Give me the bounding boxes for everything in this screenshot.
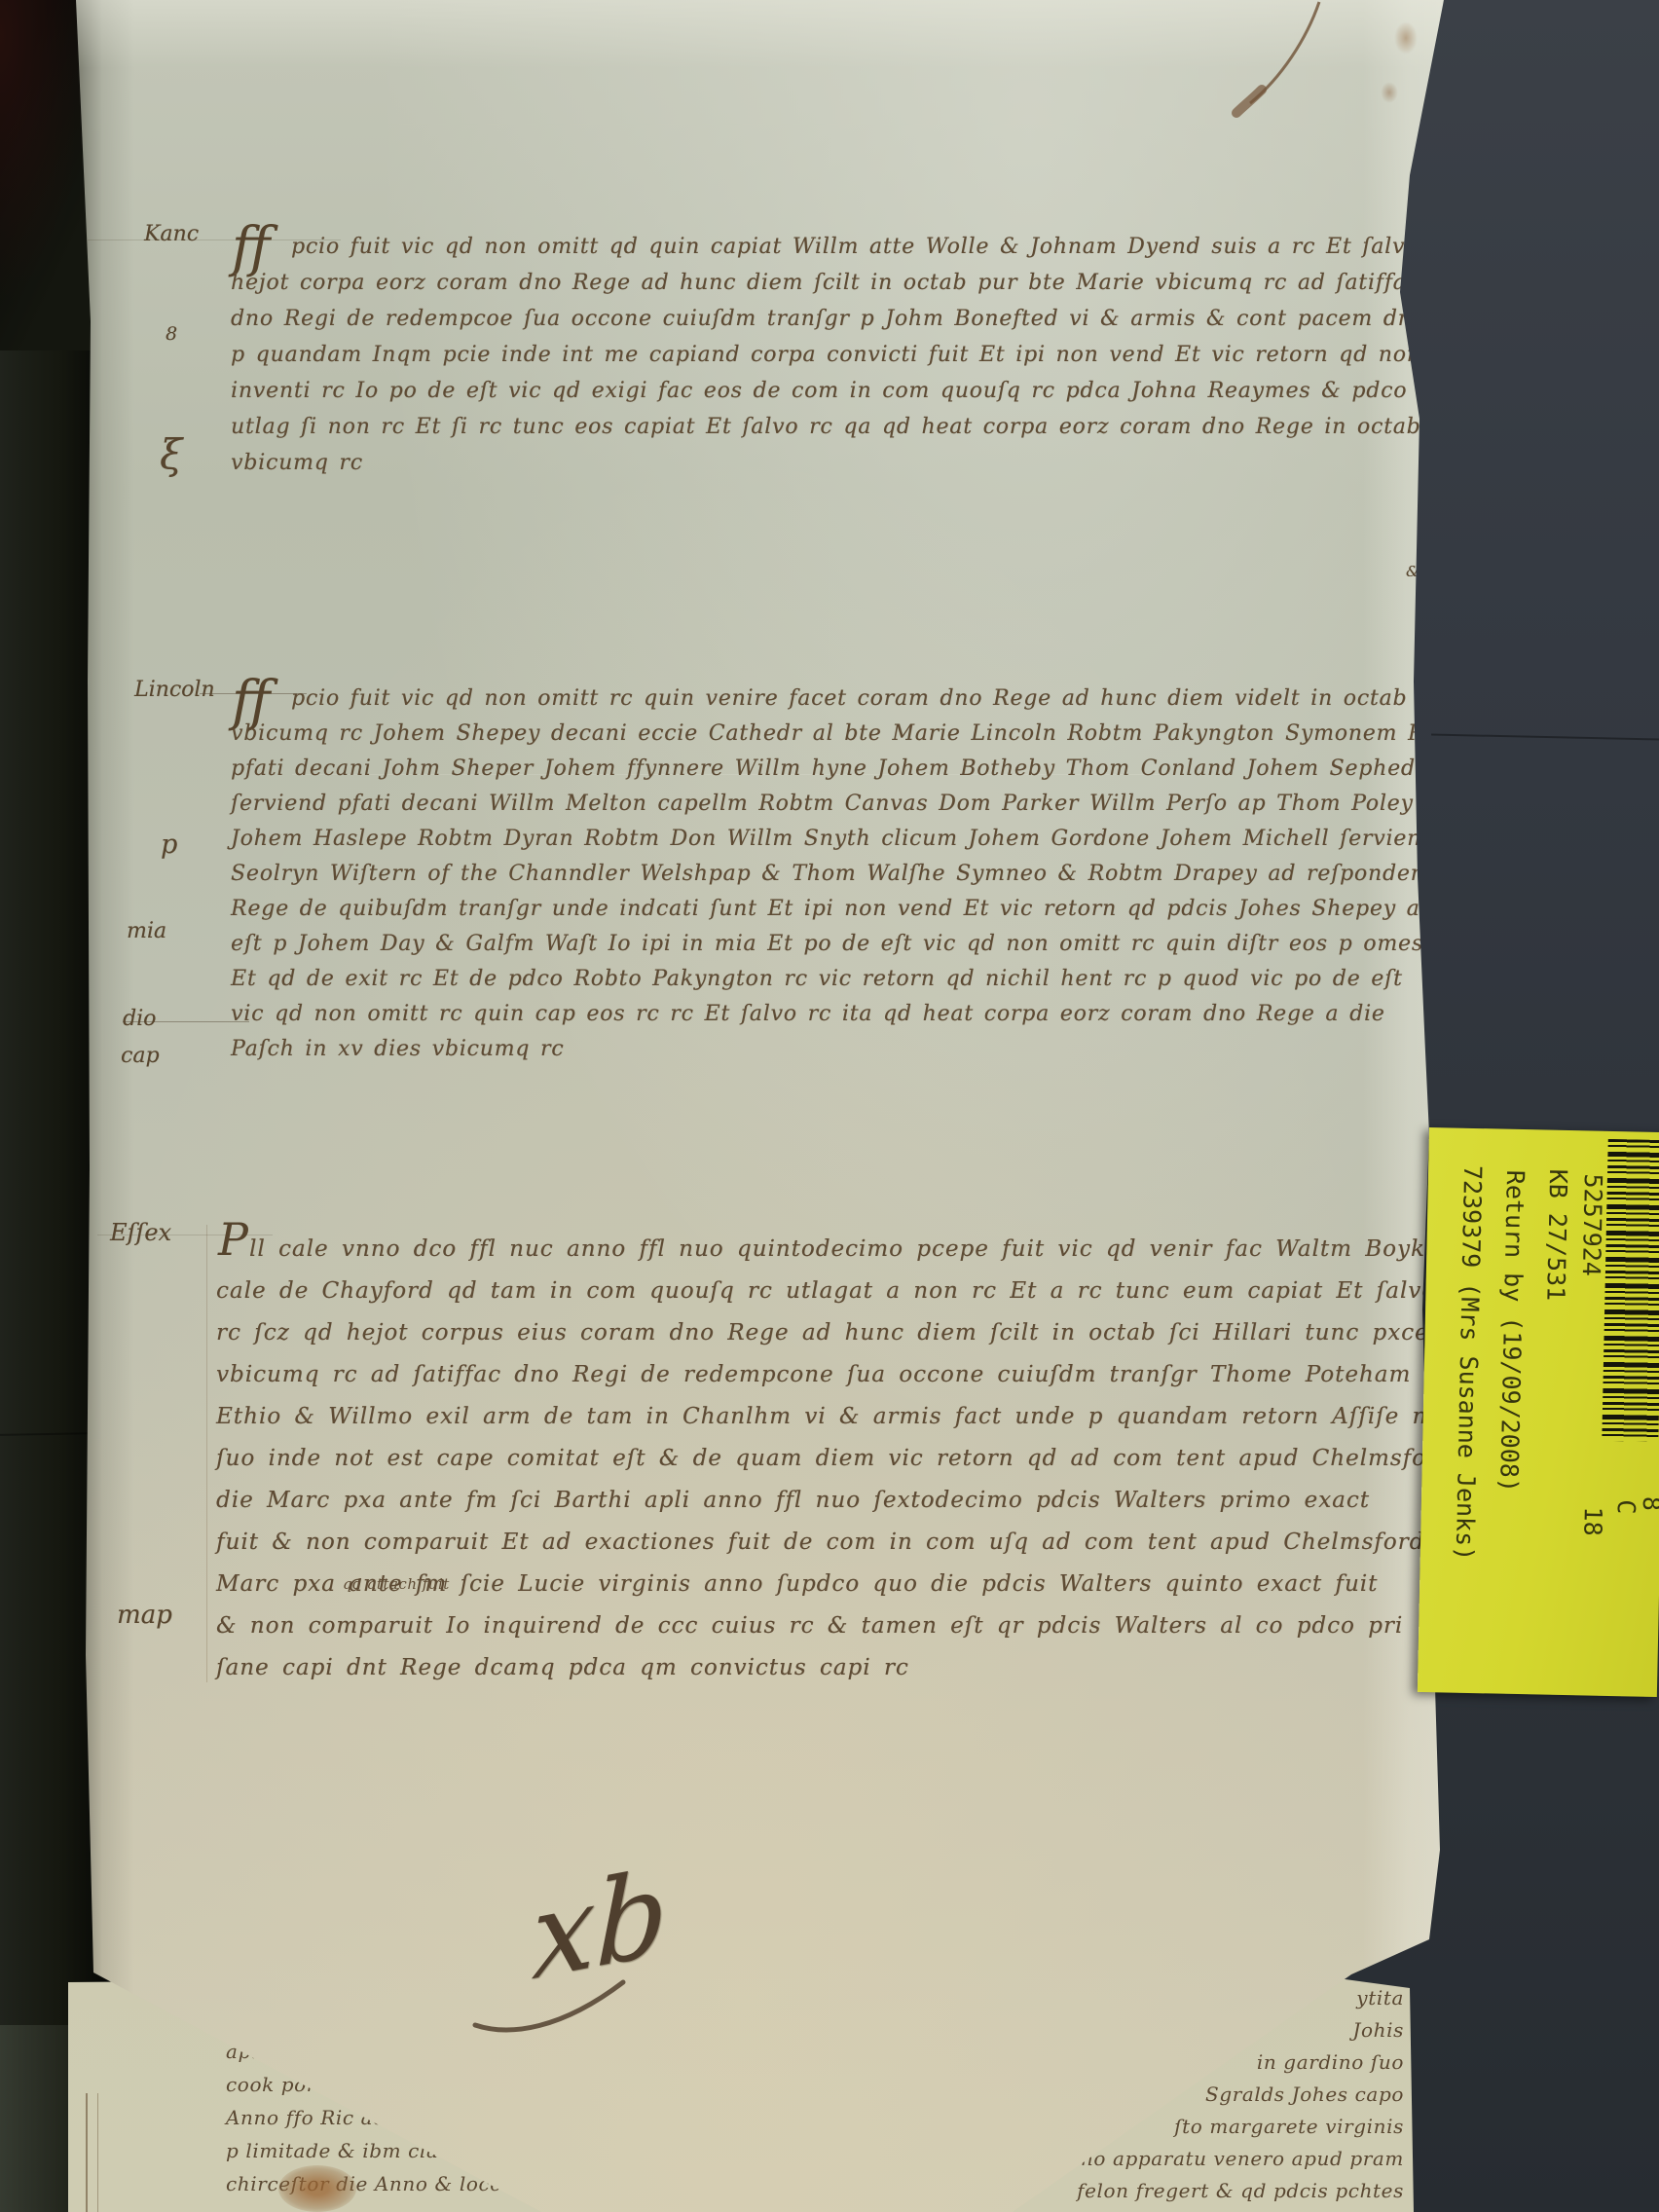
manuscript-line: dno Regi de redempcoe ſua occone cuiuſdm… (231, 301, 1591, 337)
marginal-process-mark: p (161, 829, 177, 860)
manuscript-line: pcio fuit vic qd non omitt qd quin capia… (231, 229, 1591, 265)
manuscript-line: eſt p Johem Day & Galfm Waſt Io ipi in m… (231, 927, 1584, 962)
barcode (1602, 1139, 1659, 1442)
manuscript-line: pfati decani Johm Sheper Johem ffynnere … (231, 752, 1584, 787)
manuscript-line: Paſch in xv dies vbicumq rc (231, 1032, 1584, 1067)
margin-ruling (86, 2093, 98, 2212)
marginal-county-kent: Kanc (144, 222, 199, 246)
flourish-tail (469, 1969, 635, 2039)
manuscript-line: vbicumq rc (231, 445, 1591, 481)
seat-number: 18 (1578, 1506, 1607, 1536)
marginal-misericordia: mia (127, 919, 166, 943)
manuscript-line: utlag ſi non rc Et ſi rc tunc eos capiat… (231, 409, 1591, 445)
repair-streak (1225, 0, 1332, 127)
manuscript-line: die Marc pxa ante fm ſci Barthi apli ann… (216, 1480, 1539, 1522)
return-by-date: Return by (19/09/2008) (1490, 1137, 1530, 1685)
paraph-mark: ξ (160, 430, 182, 478)
plea-entry-lincoln: pcio fuit vic qd non omitt rc quin venir… (231, 682, 1584, 1067)
stain (1381, 82, 1398, 103)
manuscript-line: Ethio & Willmo exil arm de tam in Chanlh… (216, 1396, 1539, 1438)
stain (1394, 21, 1418, 55)
marginal-process-mark: map (117, 1601, 172, 1630)
interlinear-note: qd attach fuit (343, 1575, 450, 1593)
manuscript-line: vbicumq rc ad ſatiffac dno Regi de redem… (216, 1354, 1539, 1396)
seat-letter: C (1612, 1499, 1641, 1515)
manuscript-line: ſane capi dnt Rege dcamq pdca qm convict… (216, 1647, 1539, 1689)
manuscript-line: ſerviend pfati decani Willm Melton capel… (231, 787, 1584, 822)
margin-ruling (206, 1225, 207, 1682)
manuscript-line: Johem Haslepe Robtm Dyran Robtm Don Will… (231, 822, 1584, 857)
manuscript-line: & non comparuit Io inquirend de ccc cuiu… (216, 1605, 1539, 1647)
document-reference: KB 27/531 (1532, 1137, 1573, 1685)
archive-label: 5257924 KB 27/531 Return by (19/09/2008)… (1418, 1127, 1659, 1697)
manuscript-line: hejot corpa eorz coram dno Rege ad hunc … (231, 265, 1591, 301)
marginal-mark: 8 (166, 323, 177, 345)
manuscript-line: Rege de quibuſdm tranſgr unde indcati ſu… (231, 892, 1584, 927)
reader-id: 7239379 (Mrs Susanne Jenks) (1447, 1136, 1488, 1684)
marginal-county-lincoln: Lincoln (134, 678, 215, 702)
manuscript-line: cale de Chayford qd tam in com quouſq rc… (216, 1271, 1539, 1312)
plea-entry-kent: pcio fuit vic qd non omitt qd quin capia… (231, 229, 1591, 481)
manuscript-line: fuit & non comparuit Et ad exactiones fu… (216, 1522, 1539, 1564)
ink-stain (278, 2165, 356, 2212)
manuscript-line: vbicumq rc Johem Shepey decani eccie Cat… (231, 717, 1584, 752)
manuscript-line: ſuo inde not est cape comitat eſt & de q… (216, 1438, 1539, 1480)
manuscript-line: rc ſcz qd hejot corpus eius coram dno Re… (216, 1312, 1539, 1354)
marginal-dio: dio (123, 1007, 156, 1031)
marginal-county-essex: Eſſex (110, 1219, 171, 1246)
manuscript-line: p quandam Inqm pcie inde int me capiand … (231, 337, 1591, 373)
partial-character: 8 (1638, 1496, 1659, 1512)
barcode-number: 5257924 (1567, 1138, 1608, 1686)
manuscript-line: inventi rc Io po de eſt vic qd exigi fac… (231, 373, 1591, 409)
plea-entry-essex: ll cale vnno dco ffl nuc anno ffl nuo qu… (216, 1229, 1539, 1689)
manuscript-line: ll cale vnno dco ffl nuc anno ffl nuo qu… (216, 1229, 1539, 1271)
manuscript-line: vic qd non omitt rc quin cap eos rc rc E… (231, 997, 1584, 1032)
manuscript-line: Et qd de exit rc Et de pdco Robto Pakyng… (231, 962, 1584, 997)
manuscript-line: Seolryn Wiſtern of the Channdler Welshpa… (231, 857, 1584, 892)
marginal-capias: cap (121, 1044, 160, 1068)
manuscript-line: pcio fuit vic qd non omitt rc quin venir… (231, 682, 1584, 717)
archive-label-text: 5257924 KB 27/531 Return by (19/09/2008)… (1447, 1136, 1659, 1687)
